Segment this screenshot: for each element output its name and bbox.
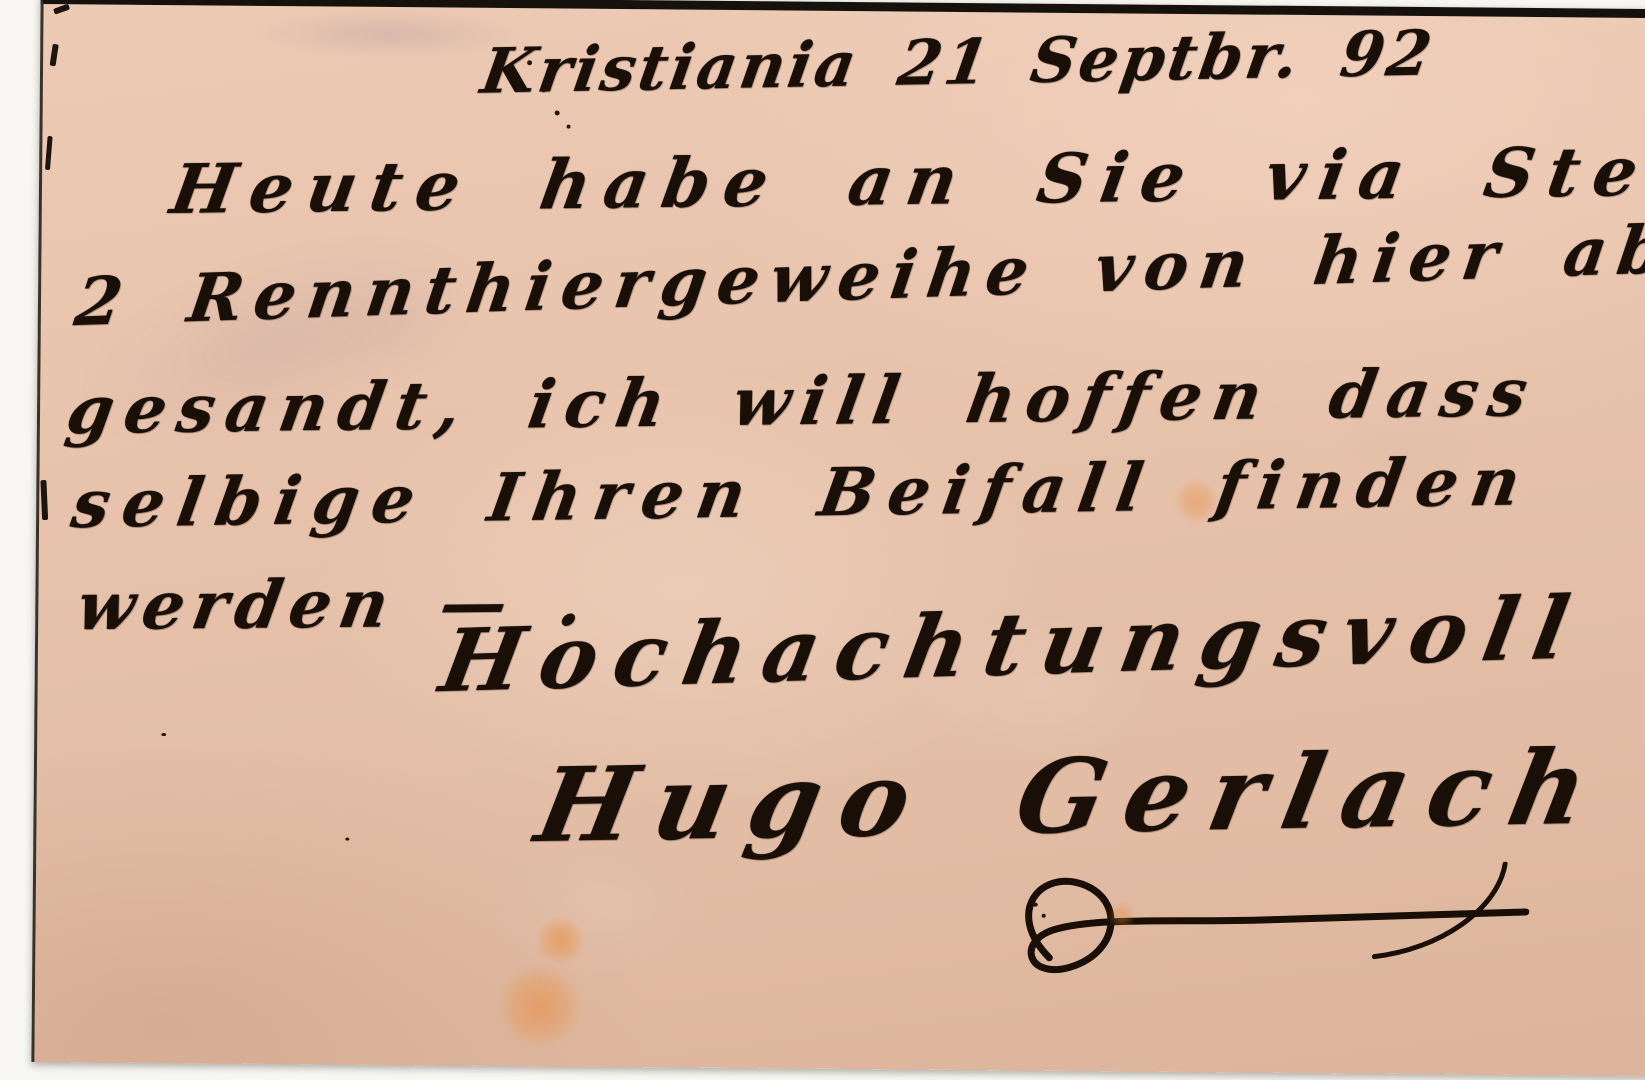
ink-speck [555, 110, 560, 115]
pencil-smudge [46, 186, 513, 497]
body-line-1: Heute habe an Sie via Stettin [166, 132, 1645, 227]
ink-speck [567, 125, 571, 129]
body-line-2: 2 Rennthiergeweihe von hier ab= [71, 211, 1645, 339]
edge-mark [50, 44, 59, 67]
closing-line: Hochachtungsvoll [433, 581, 1592, 710]
foxing-stain [498, 964, 583, 1049]
edge-mark [40, 480, 48, 520]
dateline: Kristiania 21 Septbr. 92 [477, 19, 1439, 106]
edge-mark [53, 4, 70, 15]
postcard: Kristiania 21 Septbr. 92 Heute habe an S… [31, 0, 1645, 1076]
signature: Hugo Gerlach [528, 731, 1616, 862]
foxing-stain [536, 916, 584, 964]
body-line-4: selbige Ihren Beifall finden [67, 445, 1538, 541]
ink-speck [345, 838, 349, 841]
body-line-3: gesandt, ich will hoffen dass [62, 356, 1544, 447]
signature-flourish [929, 857, 1550, 1022]
edge-mark [45, 136, 53, 170]
scan-background: Kristiania 21 Septbr. 92 Heute habe an S… [0, 0, 1645, 1080]
ink-speck [161, 733, 166, 736]
